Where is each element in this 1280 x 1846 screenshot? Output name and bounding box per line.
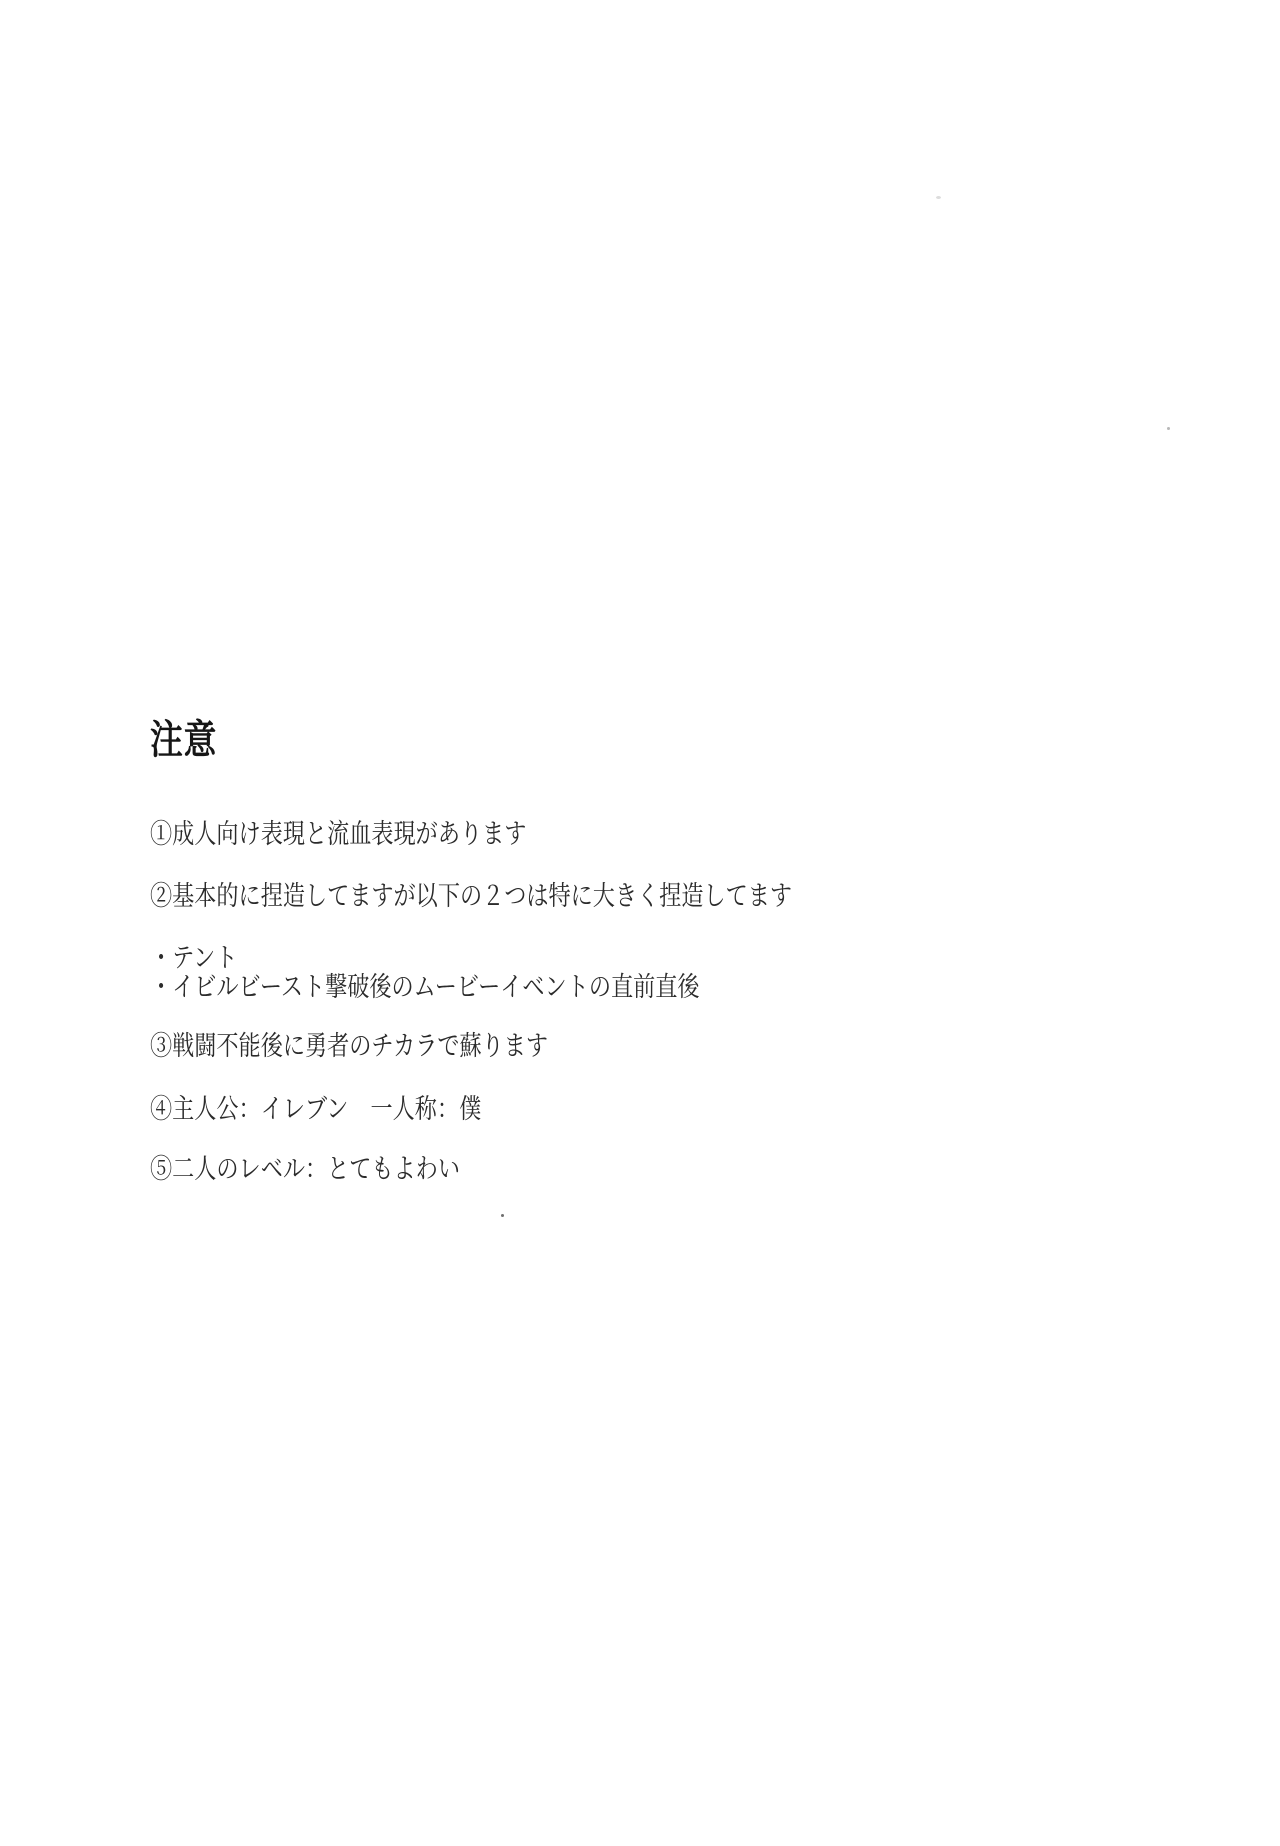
- scan-speck: [936, 196, 941, 199]
- page-title: 注意: [150, 718, 217, 762]
- notice-line-1: ①成人向け表現と流血表現があります: [150, 820, 526, 850]
- notice-line-3: ③戦闘不能後に勇者のチカラで蘇ります: [150, 1032, 548, 1062]
- notice-line-4: ④主人公：イレブン 一人称：僕: [150, 1095, 481, 1125]
- scanned-notice-page: 注意 ①成人向け表現と流血表現があります ②基本的に捏造してますが以下の２つは特…: [0, 0, 1280, 1846]
- notice-bullet-1: ・テント: [150, 944, 237, 974]
- notice-bullet-2: ・イビルビースト撃破後のムービーイベントの直前直後: [150, 973, 700, 1003]
- scan-speck: [1167, 427, 1170, 430]
- notice-line-5: ⑤二人のレベル：とてもよわい: [150, 1155, 460, 1185]
- notice-line-2: ②基本的に捏造してますが以下の２つは特に大きく捏造してます: [150, 882, 792, 912]
- scan-speck: [501, 1214, 504, 1217]
